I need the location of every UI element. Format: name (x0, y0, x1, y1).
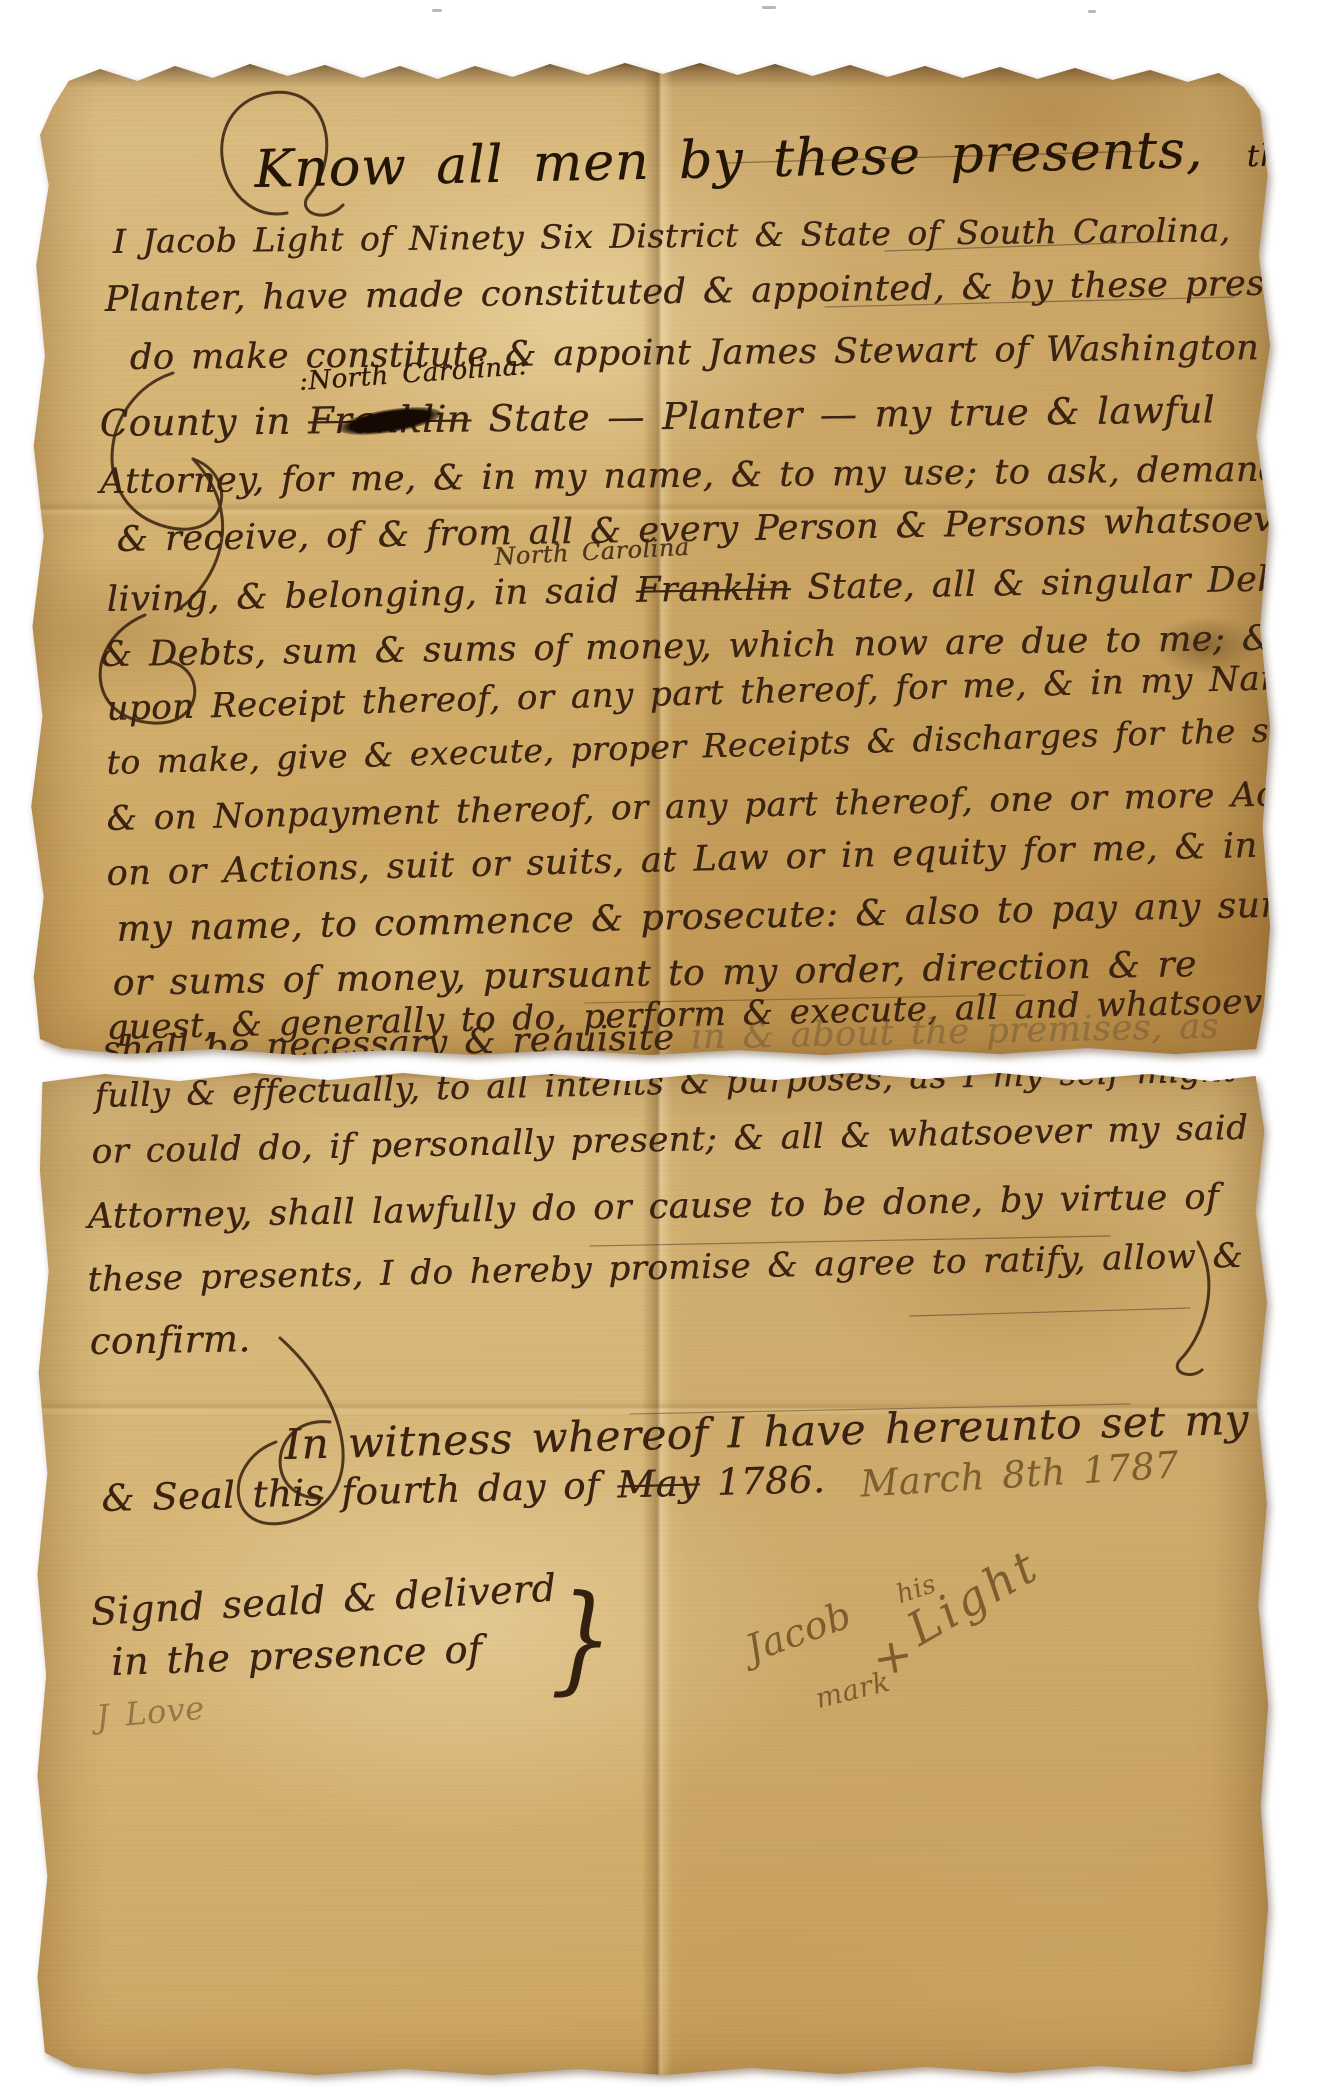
text-fragment: County in (99, 400, 290, 445)
text-fragment: living, & belonging, in said (106, 571, 619, 620)
year-text: 1786. (716, 1458, 826, 1504)
signature-mark-label: mark (812, 1665, 893, 1715)
text-fragment: State — Planter — my true & lawful (488, 388, 1215, 440)
dust-speck (432, 9, 442, 12)
document-heading: Know all men by these presents, that (254, 118, 1313, 200)
text-line: County in Franklin State — Planter — my … (99, 388, 1215, 445)
struck-word-franklin: Franklin (308, 397, 472, 442)
paper-sheet-top-wrapper: Know all men by these presents, that I J… (25, 55, 1275, 1057)
heading-main-text: Know all men by these presents, (254, 120, 1204, 200)
text-line: Planter, have made constituted & appoint… (104, 263, 1320, 320)
text-fragment: State, all & singular Debt (807, 559, 1295, 608)
text-line: my name, to commence & prosecute: & also… (116, 884, 1295, 950)
scanned-document-background: Know all men by these presents, that I J… (0, 0, 1320, 2097)
signature-first-name: Jacob (740, 1592, 857, 1671)
paper-sheet-bottom-wrapper: fully & effectually, to all intents & pu… (30, 1070, 1273, 2078)
text-line: Attorney, for me, & in my name, & to my … (100, 450, 1282, 502)
text-line: living, & belonging, in said Franklin St… (106, 559, 1295, 620)
text-line: confirm. (89, 1317, 251, 1363)
witness-name: J Love (95, 1689, 206, 1736)
struck-word-may: May (617, 1461, 700, 1506)
text-line: I Jacob Light of Ninety Six District & S… (113, 210, 1231, 261)
attestation-line: in the presence of (110, 1627, 483, 1684)
text-fragment: & Seal this fourth day of (101, 1464, 601, 1520)
text-line: on or Actions, suit or suits, at Law or … (106, 826, 1258, 894)
attestation-line: Signd seald & deliverd (90, 1566, 558, 1634)
dust-speck (1088, 10, 1096, 13)
paper-sheet-bottom: fully & effectually, to all intents & pu… (30, 1070, 1273, 2078)
heading-tail-text: that (1246, 138, 1312, 174)
dust-speck (762, 6, 776, 9)
paper-sheet-top: Know all men by these presents, that I J… (25, 55, 1275, 1057)
signature-last-name: Light (898, 1538, 1049, 1656)
struck-word-franklin: Franklin (636, 568, 791, 611)
attestation-brace: } (550, 1568, 615, 1708)
